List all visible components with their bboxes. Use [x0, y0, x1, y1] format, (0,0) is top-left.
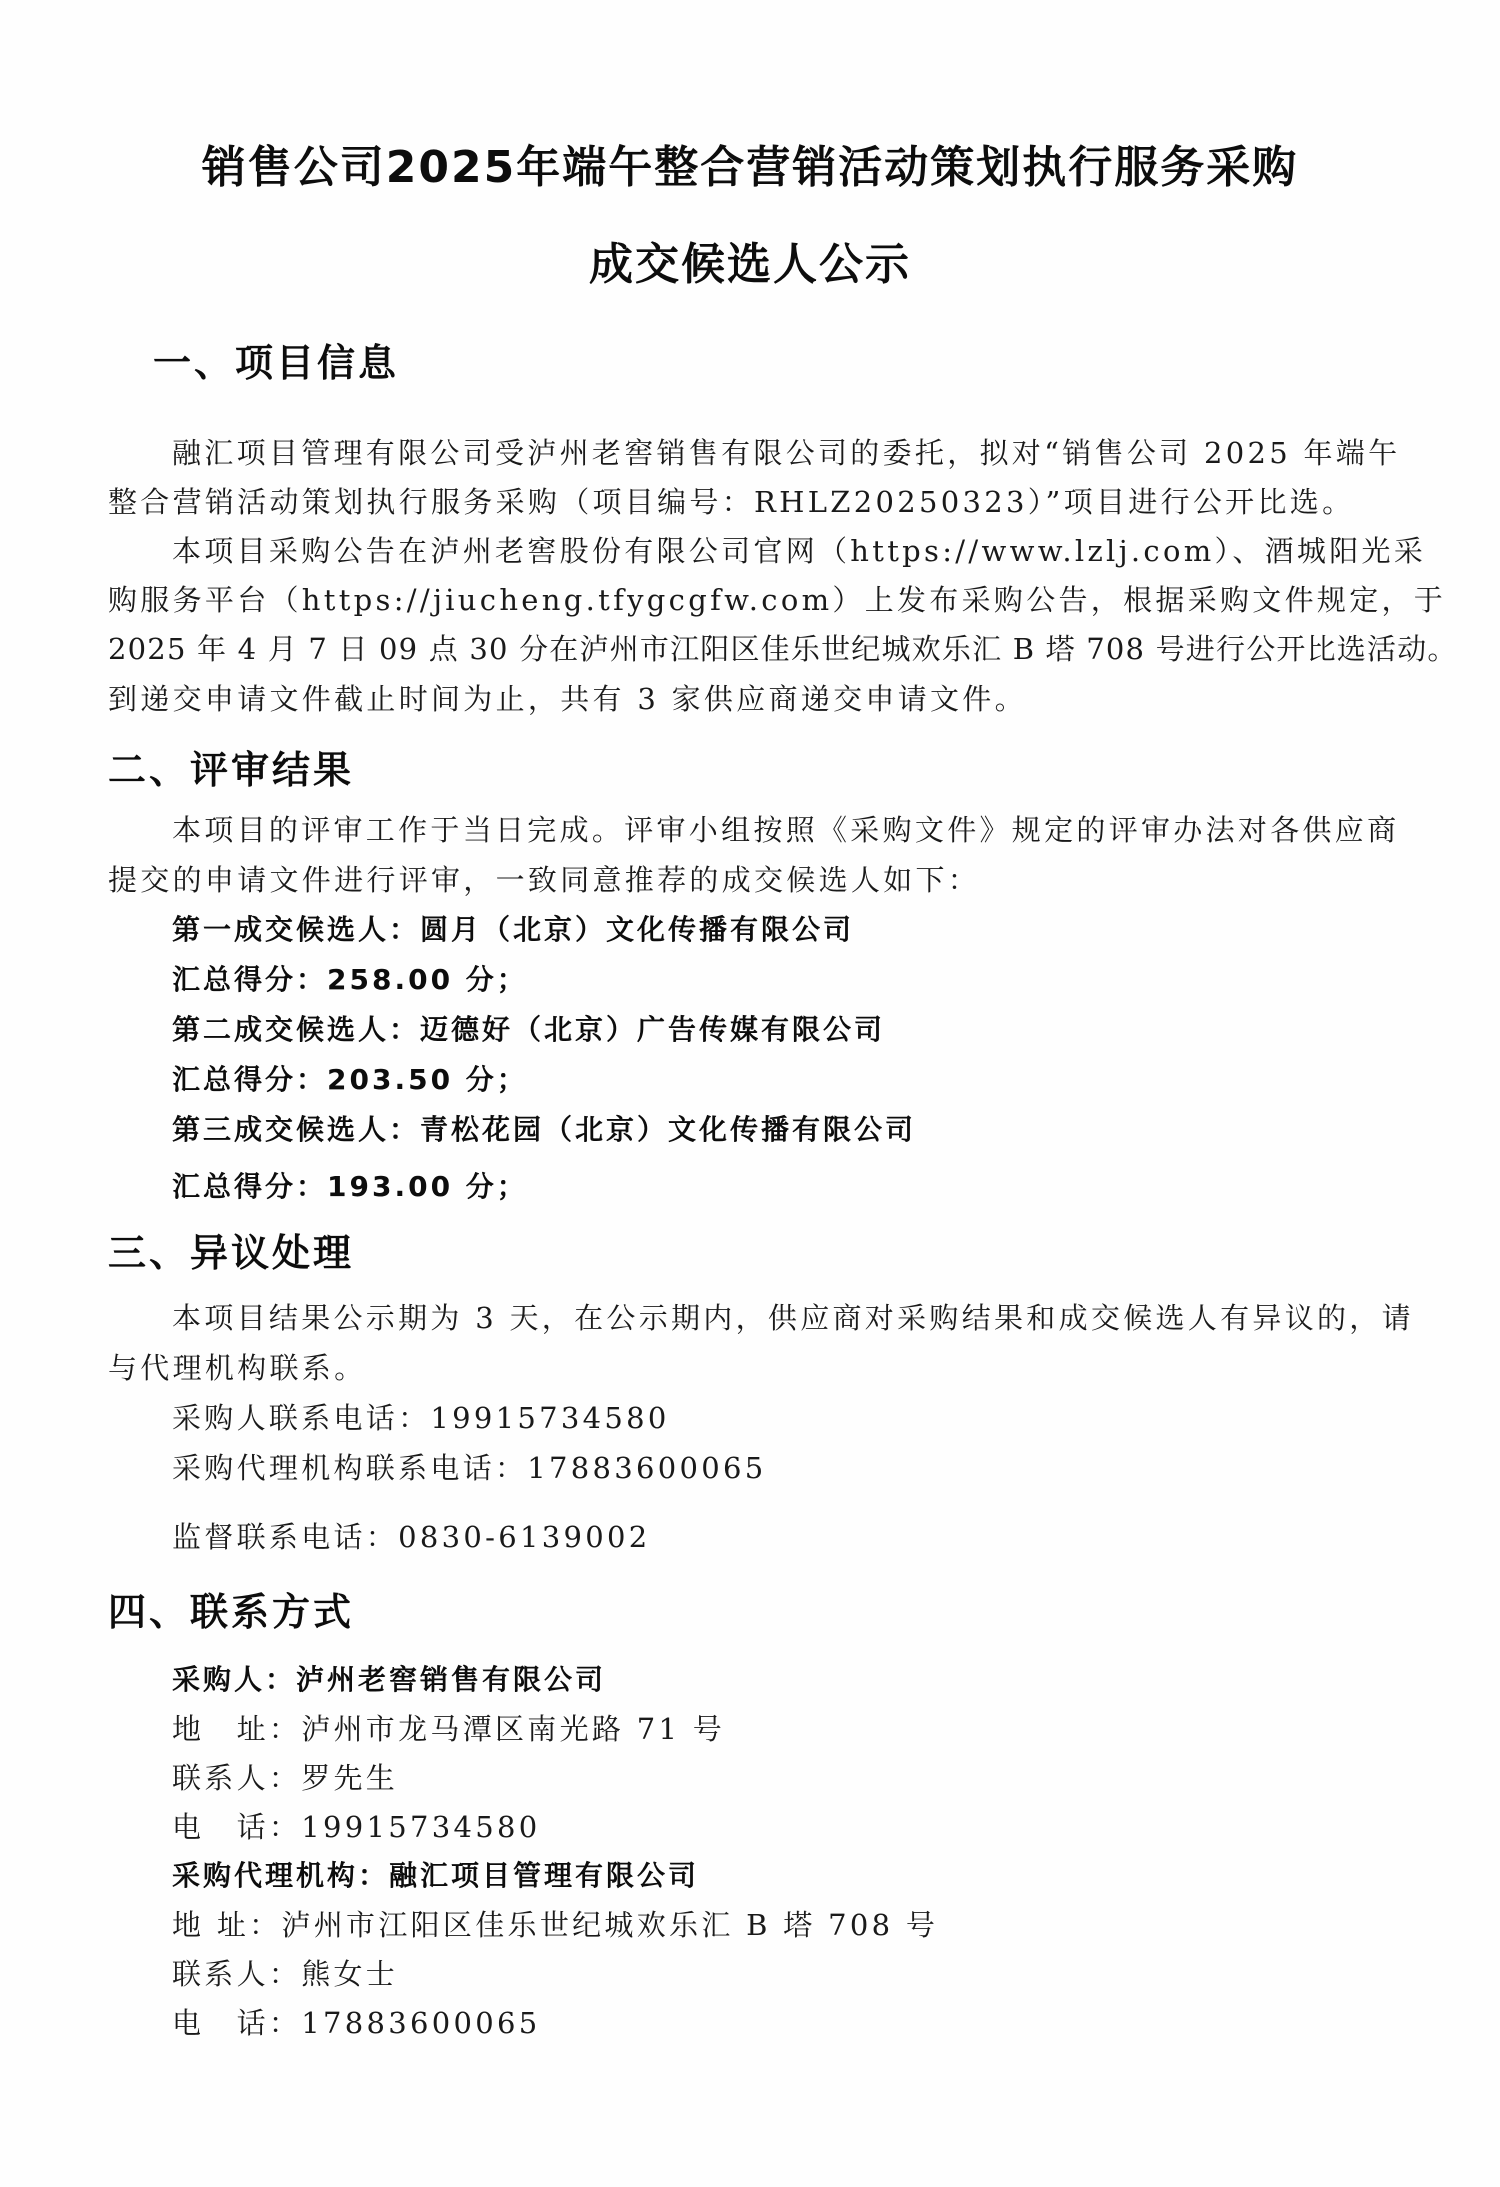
agency-address: 地 址：泸州市江阳区佳乐世纪城欢乐汇 B 塔 708 号	[172, 1905, 938, 1945]
document-title-line-1: 销售公司2025年端午整合营销活动策划执行服务采购	[0, 140, 1500, 196]
purchaser-contact: 联系人：罗先生	[172, 1758, 398, 1798]
project-info-line: 2025 年 4 月 7 日 09 点 30 分在泸州市江阳区佳乐世纪城欢乐汇 …	[108, 629, 1458, 669]
project-info-line: 本项目采购公告在泸州老窖股份有限公司官网（https://www.lzlj.co…	[172, 531, 1426, 571]
document-title-line-2: 成交候选人公示	[0, 237, 1500, 293]
project-info-line: 到递交申请文件截止时间为止，共有 3 家供应商递交申请文件。	[108, 679, 1027, 719]
objection-line: 与代理机构联系。	[108, 1348, 366, 1388]
purchaser-name: 采购人：泸州老窖销售有限公司	[172, 1660, 606, 1700]
document-page: 销售公司2025年端午整合营销活动策划执行服务采购 成交候选人公示 一、项目信息…	[0, 0, 1500, 2187]
section-heading-contact: 四、联系方式	[108, 1587, 354, 1637]
candidate-3-score: 汇总得分：193.00 分；	[172, 1167, 528, 1207]
supervision-phone-line: 监督联系电话：0830-6139002	[172, 1517, 650, 1557]
candidate-1-name: 第一成交候选人：圆月（北京）文化传播有限公司	[172, 910, 854, 950]
agency-phone-line: 采购代理机构联系电话：17883600065	[172, 1448, 767, 1488]
project-info-line: 购服务平台（https://jiucheng.tfygcgfw.com）上发布采…	[108, 580, 1446, 620]
review-result-line: 提交的申请文件进行评审，一致同意推荐的成交候选人如下：	[108, 860, 980, 900]
purchaser-phone-line: 采购人联系电话：19915734580	[172, 1398, 670, 1438]
agency-phone: 电 话：17883600065	[172, 2003, 540, 2043]
section-heading-review-result: 二、评审结果	[108, 745, 354, 795]
agency-contact: 联系人：熊女士	[172, 1954, 398, 1994]
agency-name: 采购代理机构：融汇项目管理有限公司	[172, 1856, 699, 1896]
objection-line: 本项目结果公示期为 3 天，在公示期内，供应商对采购结果和成交候选人有异议的，请	[172, 1298, 1414, 1338]
project-info-line: 融汇项目管理有限公司受泸州老窖销售有限公司的委托，拟对“销售公司 2025 年端…	[172, 433, 1400, 473]
candidate-3-name: 第三成交候选人：青松花园（北京）文化传播有限公司	[172, 1110, 916, 1150]
section-heading-project-info: 一、项目信息	[153, 338, 399, 388]
candidate-2-name: 第二成交候选人：迈德好（北京）广告传媒有限公司	[172, 1010, 885, 1050]
purchaser-phone: 电 话：19915734580	[172, 1807, 540, 1847]
project-info-line: 整合营销活动策划执行服务采购（项目编号：RHLZ20250323）”项目进行公开…	[108, 482, 1354, 522]
section-heading-objection: 三、异议处理	[108, 1228, 354, 1278]
candidate-1-score: 汇总得分：258.00 分；	[172, 960, 528, 1000]
review-result-line: 本项目的评审工作于当日完成。评审小组按照《采购文件》规定的评审办法对各供应商	[172, 810, 1399, 850]
purchaser-address: 地 址：泸州市龙马潭区南光路 71 号	[172, 1709, 725, 1749]
candidate-2-score: 汇总得分：203.50 分；	[172, 1060, 528, 1100]
